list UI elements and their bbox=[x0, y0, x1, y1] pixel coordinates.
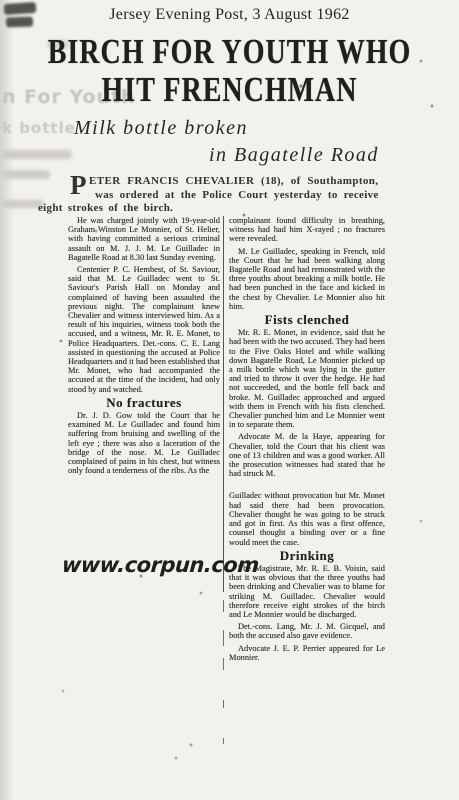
intro-dropcap: P bbox=[70, 172, 87, 199]
article-paragraph: He was charged jointly with 19-year-old … bbox=[68, 216, 220, 262]
headline-line-2: HIT FRENCHMAN bbox=[0, 71, 459, 111]
paper-smudge bbox=[2, 170, 50, 179]
article-paragraph: Det.-cons. Lang, Mr. J. M. Gicquel, and … bbox=[229, 622, 385, 640]
ghost-text-bleedthrough: k bottle bbox=[2, 119, 76, 137]
column-divider-rule bbox=[223, 658, 224, 670]
headline-line-1: BIRCH FOR YOUTH WHO bbox=[0, 33, 459, 73]
article-paragraph: complainant found difficulty in breathin… bbox=[229, 216, 385, 244]
column-divider-rule bbox=[223, 600, 224, 612]
intro-line: ETER FRANCIS CHEVALIER (18), of Southamp… bbox=[89, 175, 378, 187]
intro-line: eight strokes of the birch. bbox=[38, 202, 173, 214]
subheadline-line-1: Milk bottle broken bbox=[74, 117, 248, 140]
article-paragraph: Mr. R. E. Monet, in evidence, said that … bbox=[229, 328, 385, 429]
column-divider-rule bbox=[223, 216, 224, 592]
article-right-column: complainant found difficulty in breathin… bbox=[229, 216, 385, 665]
paper-speck-layer bbox=[0, 0, 2, 2]
article-paragraph: Advocate M. de la Haye, appearing for Ch… bbox=[229, 432, 385, 478]
article-paragraph: M. Le Guilladec, speaking in French, tol… bbox=[229, 247, 385, 311]
column-subheading: Fists clenched bbox=[229, 315, 385, 324]
column-divider-rule bbox=[223, 630, 224, 646]
article-paragraph: Dr. J. D. Gow told the Court that he exa… bbox=[68, 411, 220, 475]
article-paragraph: Centenier P. C. Hembest, of St. Saviour,… bbox=[68, 265, 220, 394]
corpun-watermark: www.corpun.com bbox=[61, 553, 259, 577]
intro-line: was ordered at the Police Court yesterda… bbox=[95, 189, 379, 201]
subheadline-line-2: in Bagatelle Road bbox=[209, 144, 379, 167]
masthead: Jersey Evening Post, 3 August 1962 bbox=[0, 6, 459, 24]
article-paragraph: Advocate J. E. P. Perrier appeared for L… bbox=[229, 644, 385, 662]
article-paragraph: Guilladec without provocation but Mr. Mo… bbox=[229, 491, 385, 546]
column-divider-rule bbox=[223, 738, 224, 744]
paper-smudge bbox=[2, 150, 72, 159]
column-subheading: No fractures bbox=[68, 398, 220, 407]
newspaper-clipping-scan: Jersey Evening Post, 3 August 1962 n For… bbox=[0, 0, 459, 800]
column-divider-rule bbox=[223, 700, 224, 708]
article-left-column: He was charged jointly with 19-year-old … bbox=[68, 216, 220, 478]
